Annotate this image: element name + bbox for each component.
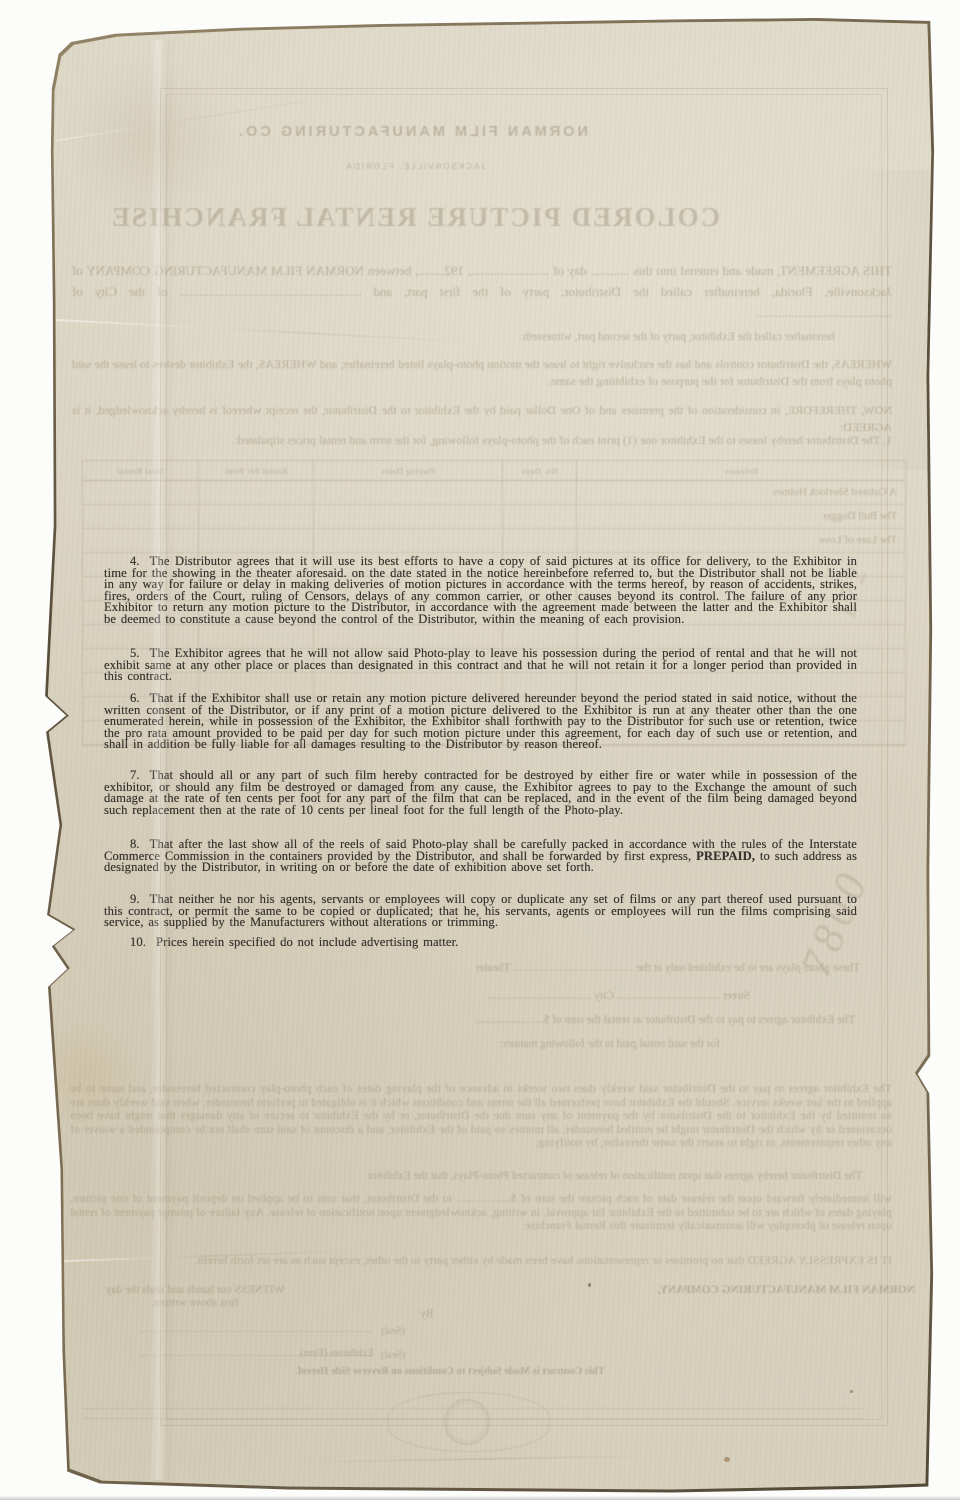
clause-5: 5.The Exhibitor agrees that he will not … xyxy=(104,648,857,683)
bleed-company-name: NORMAN FILM MANUFACTURING CO. xyxy=(212,124,612,140)
clause-text: The Exhibitor agrees that he will not al… xyxy=(104,646,857,683)
bleed-manner-line: for the said rental paid in the followin… xyxy=(360,1038,720,1050)
bleed-company-location: JACKSONVILLE, FLORIDA xyxy=(265,162,565,171)
bleed-witness-line2: first above written. xyxy=(70,1297,320,1309)
clause-6: 6.That if the Exhibitor shall use or ret… xyxy=(104,693,857,751)
stain xyxy=(60,60,240,220)
bleed-franchise-title: COLORED PICTURE RENTAL FRANCHISE xyxy=(95,202,735,233)
bleed-col-releases: Releases xyxy=(576,461,905,481)
seal-label: (Seal) xyxy=(381,1350,405,1361)
paper-sheet: NORMAN FILM MANUFACTURING CO. JACKSONVIL… xyxy=(3,3,957,1497)
clause-number: 10. xyxy=(130,935,146,949)
bleed-col-total: Total Rental xyxy=(83,461,198,481)
bleed-exhibitor-line: hereinafter called the Exhibitor, party … xyxy=(520,331,835,343)
bleed-col-dates: Playing Dates xyxy=(313,461,502,481)
bleed-company-signature: NORMAN FILM MANUFACTURING COMPANY, xyxy=(545,1284,915,1296)
bleed-whereas-paragraph: WHEREAS, the Distributor controls and ha… xyxy=(72,356,892,390)
bleed-street-line: Street .................................… xyxy=(330,990,750,1002)
clause-8: 8.That after the last show all of the re… xyxy=(104,839,857,874)
clause-10: 10.Prices herein specified do not includ… xyxy=(104,937,857,949)
bleed-theater-line: These photo plays are to be exhibited on… xyxy=(300,962,860,974)
clause-text: Prices herein specified do not include a… xyxy=(156,935,458,949)
bleed-exhibitors-label: Exhibitors (Firm) xyxy=(300,1348,374,1359)
scan-bottom-edge xyxy=(0,1496,960,1500)
bleed-rental-sum-line: The Exhibitor agrees to pay to the Distr… xyxy=(295,1014,855,1026)
clause-7: 7.That should all or any part of such fi… xyxy=(104,770,857,816)
crease-line xyxy=(290,1455,670,1464)
bleed-reverse-note: This Contract is Made Subject to Conditi… xyxy=(210,1366,690,1377)
bleed-film-title: The Lure of Love xyxy=(576,529,905,553)
ink-spot xyxy=(724,1457,730,1462)
bleed-film-title: A Colored Sherlock Holmes xyxy=(576,481,905,505)
bleed-therefore-paragraph: NOW, THEREFORE, in consideration of the … xyxy=(72,402,892,436)
bleed-notification-paragraph: will immediately forward upon the releas… xyxy=(70,1192,892,1233)
clause-text: That if the Exhibitor shall use or retai… xyxy=(104,691,857,751)
clause-text: That should all or any part of such film… xyxy=(104,768,857,817)
paper-torn-edge: NORMAN FILM MANUFACTURING CO. JACKSONVIL… xyxy=(0,0,960,1500)
clause-9: 9.That neither he nor his agents, servan… xyxy=(104,894,857,929)
bleed-film-title: The Bull Dogger xyxy=(576,505,905,529)
signature-line xyxy=(141,1331,371,1332)
seal-label: (Seal) xyxy=(381,1326,405,1337)
clause-text: That neither he nor his agents, servants… xyxy=(104,892,857,929)
clause-text: The Distributor agrees that it will use … xyxy=(104,554,857,626)
bleed-witness-line: WITNESS our hands and seals the day xyxy=(70,1284,320,1296)
bleed-expressly-agreed-line: IT IS EXPRESSLY AGREED that no promises … xyxy=(70,1254,892,1268)
prepaid-emphasis: PREPAID, xyxy=(696,849,755,863)
ink-spot xyxy=(850,1390,853,1393)
bleed-payment-paragraph: The Exhibitor agrees to pay to the Distr… xyxy=(70,1082,892,1150)
clause-4: 4.The Distributor agrees that it will us… xyxy=(104,556,857,626)
bleed-seal-row-1: (Seal) xyxy=(75,1326,405,1337)
bleed-lease-line: 1. The Distributor hereby leases to the … xyxy=(72,432,892,449)
bleed-notification-head: The Distributor hereby agrees that upon … xyxy=(150,1170,862,1182)
bleed-by-label: By xyxy=(420,1308,433,1320)
bleed-col-days: No. Days xyxy=(502,461,576,481)
bleed-agreement-paragraph: THIS AGREEMENT, made and entered into th… xyxy=(72,260,892,323)
scanned-contract-page: NORMAN FILM MANUFACTURING CO. JACKSONVIL… xyxy=(0,0,960,1500)
bleed-col-rental: Rental Per Print xyxy=(198,461,313,481)
